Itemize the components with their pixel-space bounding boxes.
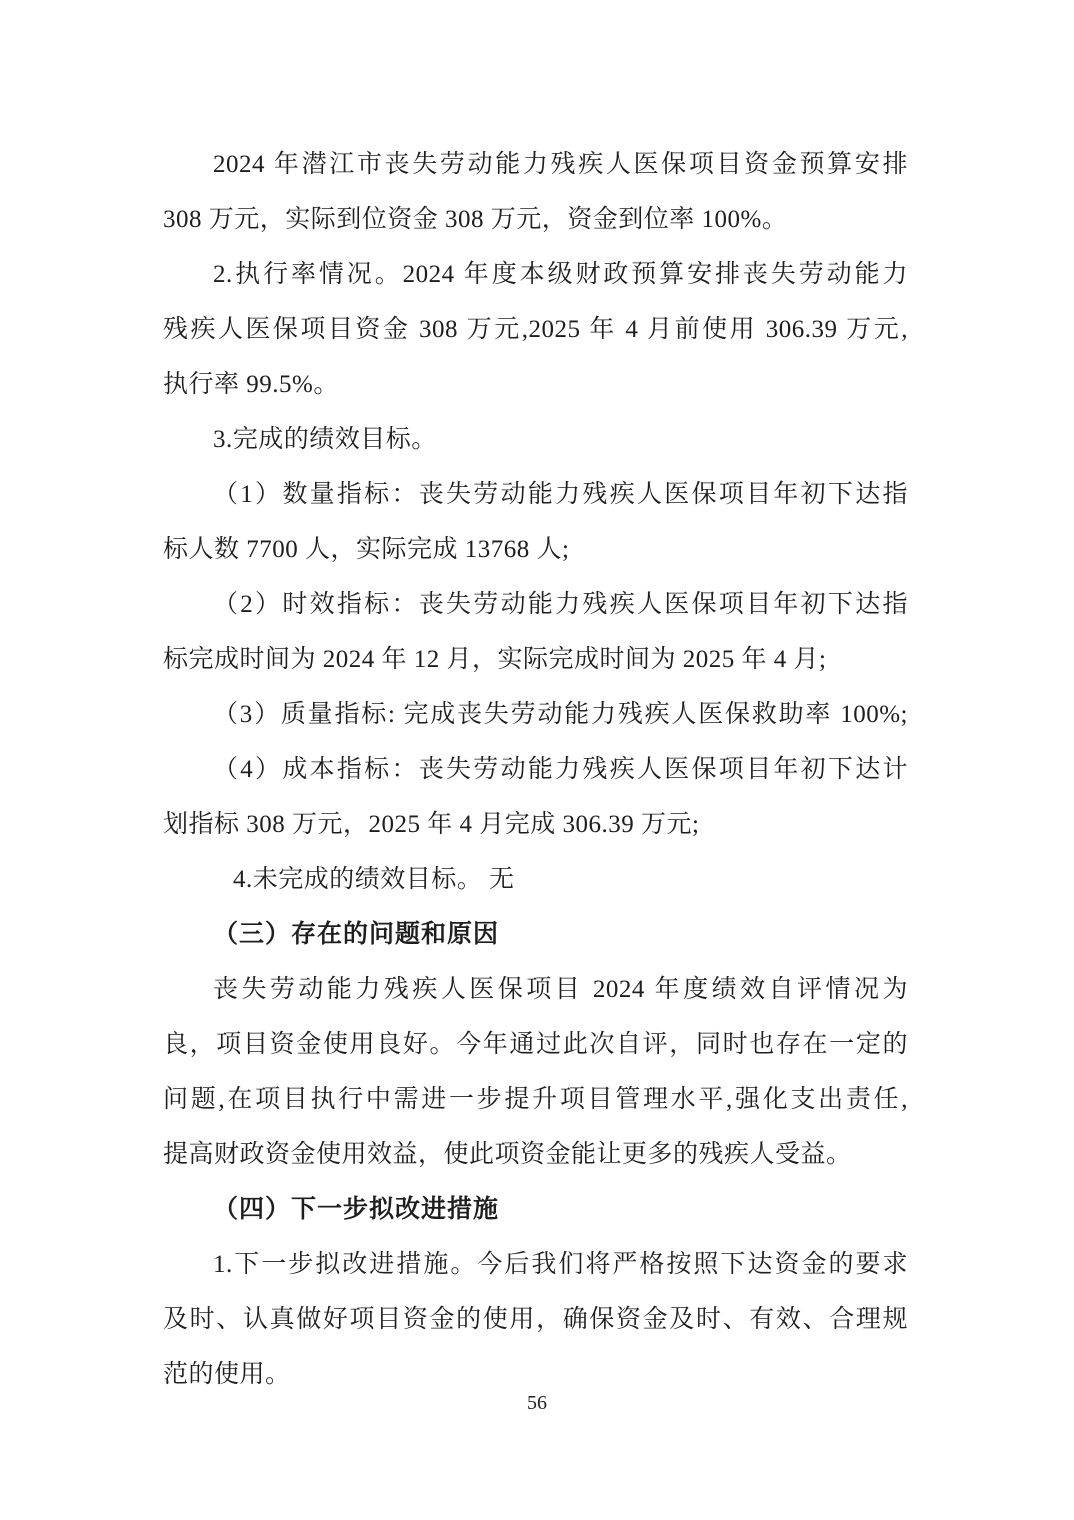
text-line: 标完成时间为 2024 年 12 月，实际完成时间为 2025 年 4 月; [163, 632, 908, 687]
text-line: 3.完成的绩效目标。 [163, 412, 908, 467]
text-line: 问题,在项目执行中需进一步提升项目管理水平,强化支出责任, [163, 1072, 908, 1127]
document-page: 2024 年潜江市丧失劳动能力残疾人医保项目资金预算安排308 万元，实际到位资… [0, 0, 1074, 1520]
text-line: 4.未完成的绩效目标。 无 [163, 852, 908, 907]
text-line: 执行率 99.5%。 [163, 357, 908, 412]
text-line: 提高财政资金使用效益，使此项资金能让更多的残疾人受益。 [163, 1127, 908, 1182]
text-line: 2.执行率情况。2024 年度本级财政预算安排丧失劳动能力 [163, 247, 908, 302]
text-line: （3）质量指标: 完成丧失劳动能力残疾人医保救助率 100%; [163, 687, 908, 742]
text-line: 308 万元，实际到位资金 308 万元，资金到位率 100%。 [163, 192, 908, 247]
document-body: 2024 年潜江市丧失劳动能力残疾人医保项目资金预算安排308 万元，实际到位资… [163, 137, 908, 1402]
text-line: 1.下一步拟改进措施。今后我们将严格按照下达资金的要求 [163, 1237, 908, 1292]
section-heading: （四）下一步拟改进措施 [163, 1182, 908, 1237]
text-line: 标人数 7700 人，实际完成 13768 人; [163, 522, 908, 577]
text-line: 良，项目资金使用良好。今年通过此次自评，同时也存在一定的 [163, 1017, 908, 1072]
text-line: 残疾人医保项目资金 308 万元,2025 年 4 月前使用 306.39 万元… [163, 302, 908, 357]
text-line: 2024 年潜江市丧失劳动能力残疾人医保项目资金预算安排 [163, 137, 908, 192]
text-line: 丧失劳动能力残疾人医保项目 2024 年度绩效自评情况为 [163, 962, 908, 1017]
text-line: （2）时效指标：丧失劳动能力残疾人医保项目年初下达指 [163, 577, 908, 632]
section-heading: （三）存在的问题和原因 [163, 907, 908, 962]
text-line: （4）成本指标：丧失劳动能力残疾人医保项目年初下达计 [163, 742, 908, 797]
text-line: 划指标 308 万元，2025 年 4 月完成 306.39 万元; [163, 797, 908, 852]
text-line: 及时、认真做好项目资金的使用，确保资金及时、有效、合理规 [163, 1292, 908, 1347]
text-line: （1）数量指标：丧失劳动能力残疾人医保项目年初下达指 [163, 467, 908, 522]
page-number: 56 [0, 1392, 1074, 1415]
